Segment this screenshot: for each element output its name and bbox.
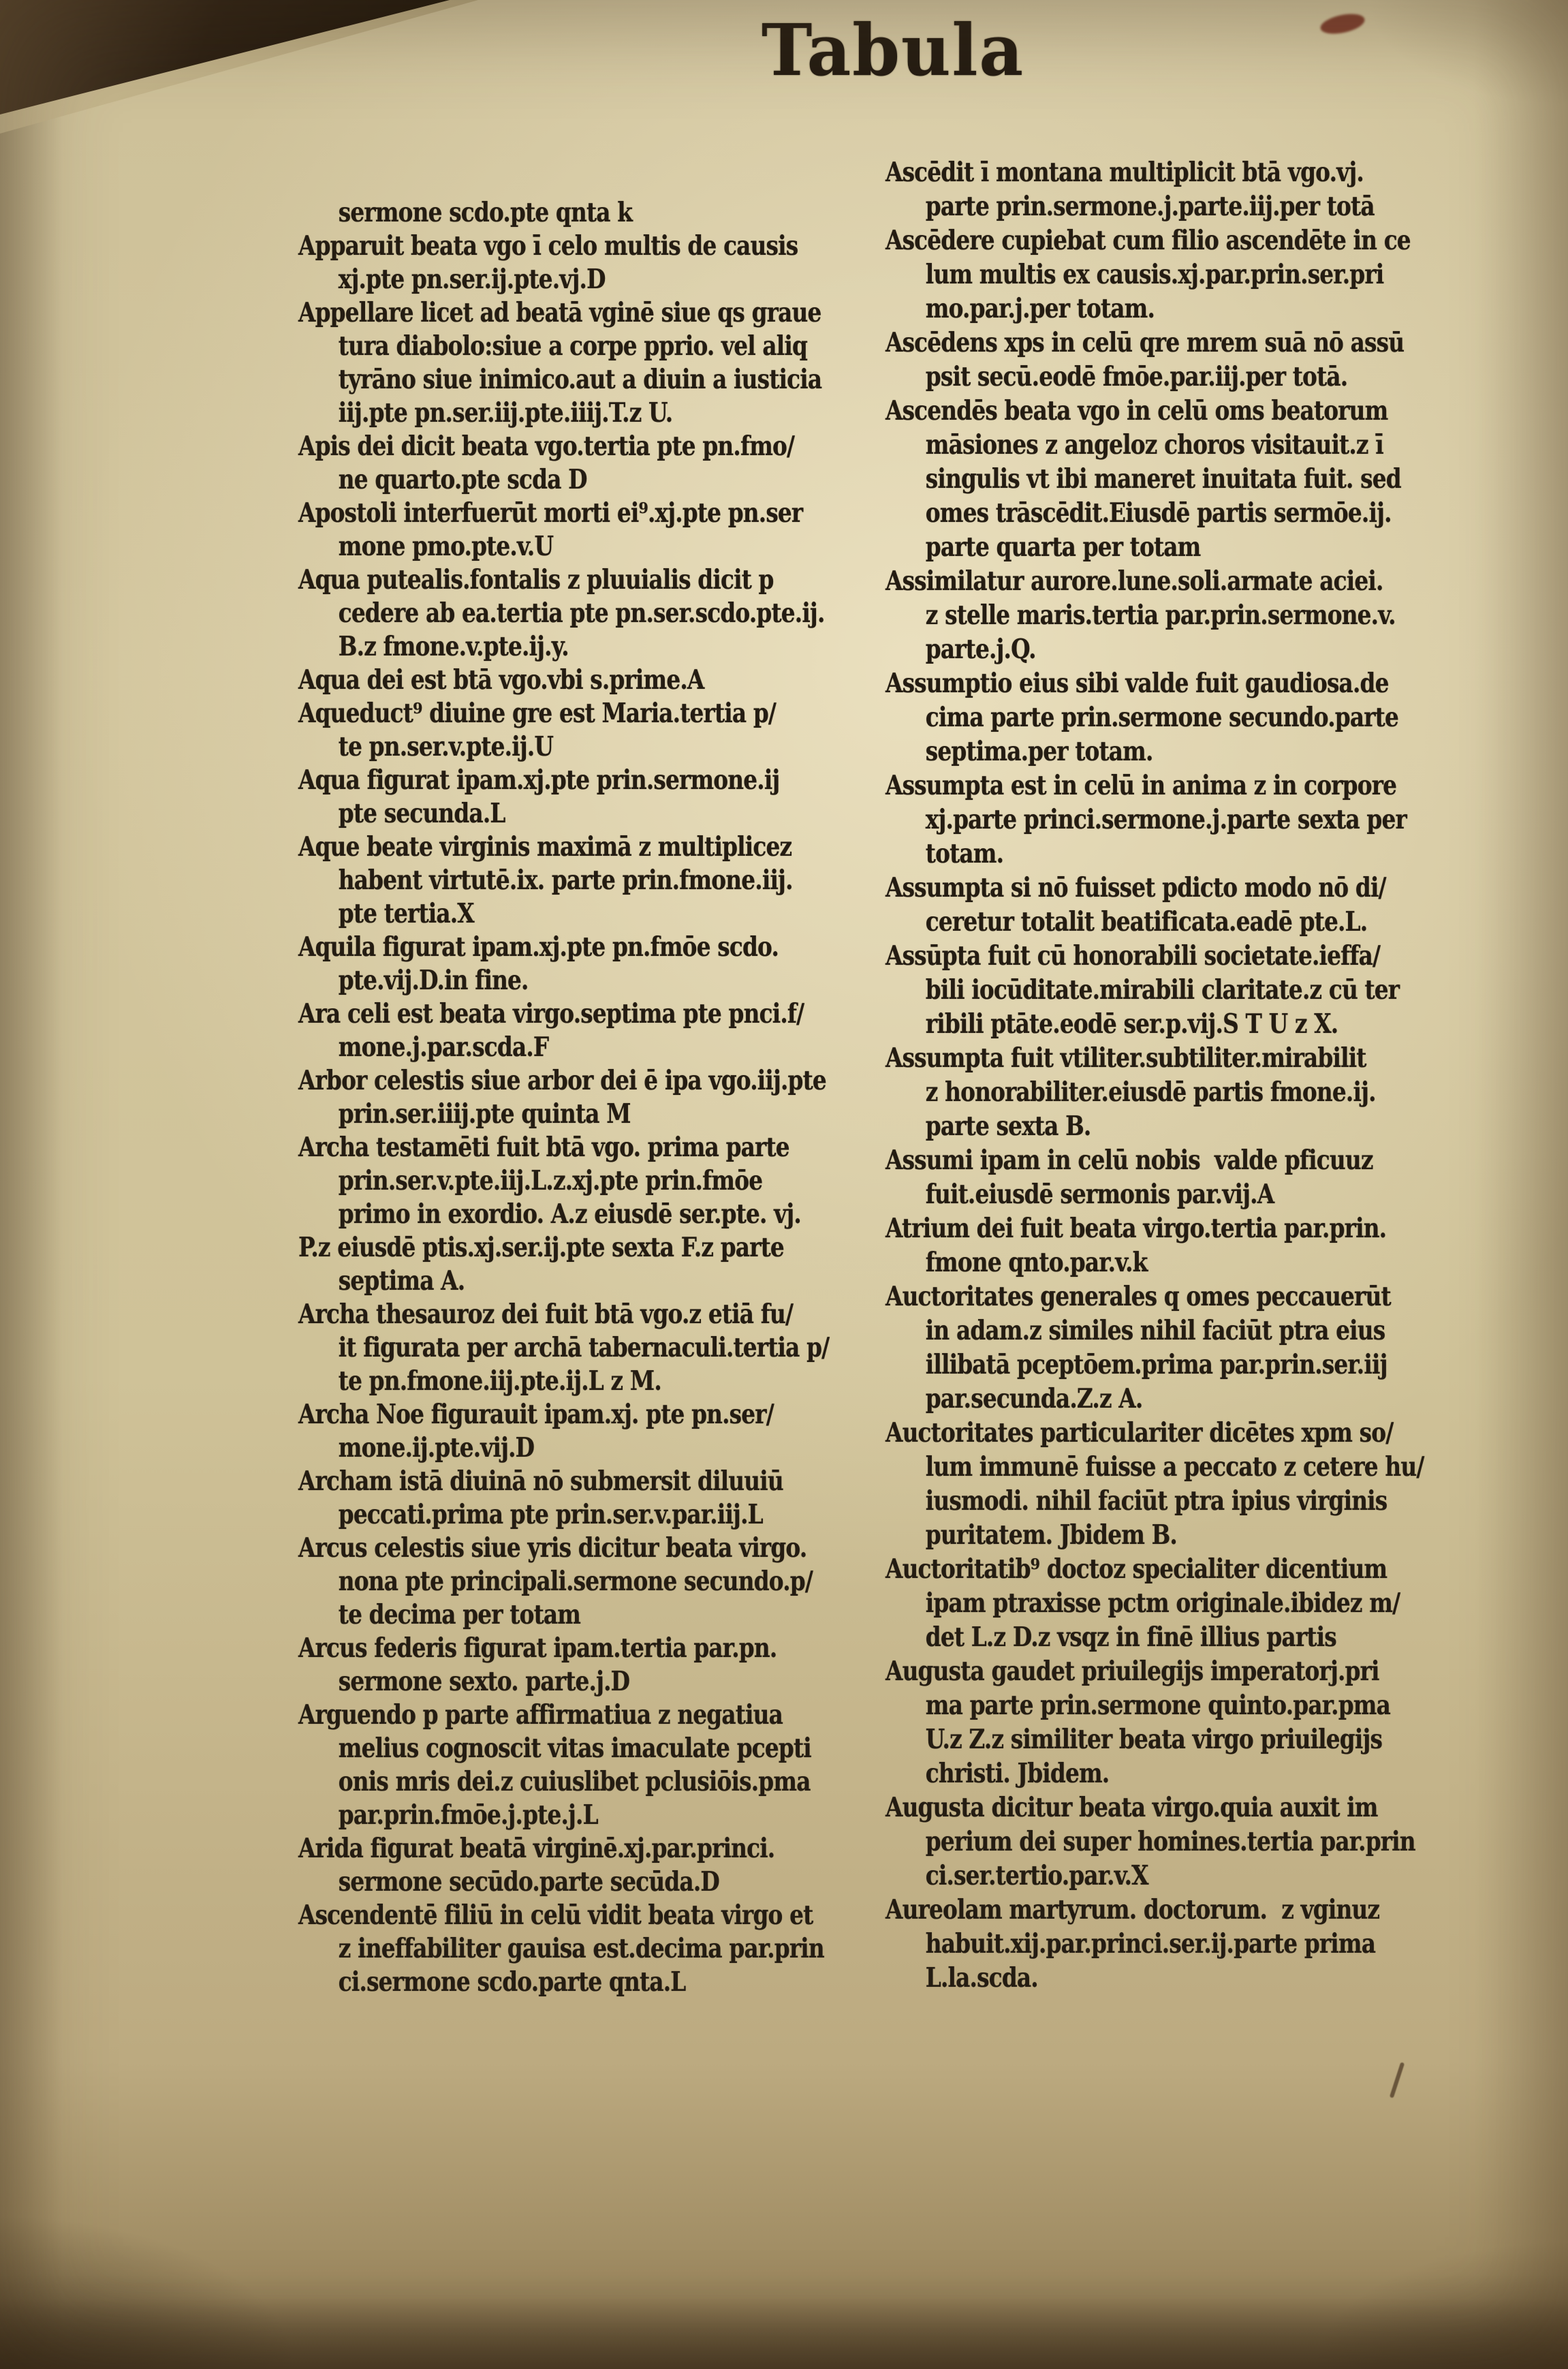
index-line: Ascendentē filiū in celū vidit beata vir… — [298, 1899, 739, 1932]
index-line: Apostoli interfuerūt morti ei⁹.xj.pte pn… — [298, 497, 739, 530]
index-line: Aque beate virginis maximā z multiplicez — [298, 831, 739, 864]
index-line: Aqua putealis.fontalis z pluuialis dicit… — [298, 563, 739, 597]
index-line: lum immunē fuisse a peccato z cetere hu/ — [885, 1450, 1372, 1484]
index-line: bili iocūditate.mirabili claritate.z cū … — [885, 973, 1372, 1007]
index-line: Apparuit beata vgo ī celo multis de caus… — [298, 230, 739, 263]
index-line: Ascendēs beata vgo in celū oms beatorum — [885, 394, 1372, 428]
index-line: it figurata per archā tabernaculi.tertia… — [298, 1331, 739, 1365]
index-line: fmone qnto.par.v.k — [885, 1245, 1372, 1280]
index-line: Aqua dei est btā vgo.vbi s.prime.A — [298, 664, 739, 697]
index-line: Assumptio eius sibi valde fuit gaudiosa.… — [885, 666, 1372, 700]
index-line: te pn.ser.v.pte.ij.U — [298, 730, 739, 764]
index-line: Ascēdit ī montana multiplicit btā vgo.vj… — [885, 155, 1372, 189]
page-title: Tabula — [762, 8, 1024, 92]
index-line: Aqua figurat ipam.xj.pte prin.sermone.ij — [298, 764, 739, 797]
index-line: Arida figurat beatā virginē.xj.par.princ… — [298, 1832, 739, 1865]
index-line: Assumpta est in celū in anima z in corpo… — [885, 769, 1372, 803]
index-line: Ascēdere cupiebat cum filio ascendēte in… — [885, 223, 1372, 258]
index-line: parte sexta B. — [885, 1109, 1372, 1143]
index-line: ci.sermone scdo.parte qnta.L — [298, 1966, 739, 1999]
index-line: peccati.prima pte prin.ser.v.par.iij.L — [298, 1498, 739, 1532]
book-page-photo: Tabula sermone scdo.pte qnta kApparuit b… — [0, 0, 1568, 2369]
index-line: pte tertia.X — [298, 897, 739, 931]
index-line: pte.vij.D.in fine. — [298, 964, 739, 997]
index-line: z honorabiliter.eiusdē partis fmone.ij. — [885, 1075, 1372, 1109]
index-line: ribili ptāte.eodē ser.p.vij.S T U z X. — [885, 1007, 1372, 1041]
index-column-left: sermone scdo.pte qnta kApparuit beata vg… — [298, 196, 823, 1999]
index-line: parte.j.Q. — [885, 632, 1372, 666]
book-edge-shadow — [0, 0, 450, 114]
index-line: Aquila figurat ipam.xj.pte pn.fmōe scdo. — [298, 931, 739, 964]
index-line: parte prin.sermone.j.parte.iij.per totā — [885, 189, 1372, 223]
index-line: cima parte prin.sermone secundo.parte — [885, 700, 1372, 734]
index-line: prin.ser.v.pte.iij.L.z.xj.pte prin.fmōe — [298, 1164, 739, 1198]
index-column-right: Ascēdit ī montana multiplicit btā vgo.vj… — [885, 155, 1464, 1995]
index-line: Arcus celestis siue yris dicitur beata v… — [298, 1532, 739, 1565]
index-line: ma parte prin.sermone quinto.par.pma — [885, 1688, 1372, 1722]
index-line: z ineffabiliter gauisa est.decima par.pr… — [298, 1932, 739, 1966]
index-line: Atrium dei fuit beata virgo.tertia par.p… — [885, 1211, 1372, 1245]
index-line: puritatem. Jbidem B. — [885, 1518, 1372, 1552]
index-line: melius cognoscit vitas imaculate pcepti — [298, 1732, 739, 1765]
index-line: illibatā pceptōem.prima par.prin.ser.iij — [885, 1348, 1372, 1382]
index-line: perium dei super homines.tertia par.prin — [885, 1825, 1372, 1859]
index-line: habent virtutē.ix. parte prin.fmone.iij. — [298, 864, 739, 897]
index-line: par.prin.fmōe.j.pte.j.L — [298, 1799, 739, 1832]
index-line: totam. — [885, 837, 1372, 871]
index-line: prin.ser.iiij.pte quinta M — [298, 1098, 739, 1131]
index-line: det L.z D.z vsqz in finē illius partis — [885, 1620, 1372, 1654]
index-line: L.la.scda. — [885, 1961, 1372, 1995]
index-line: tyrāno siue inimico.aut a diuin a iustic… — [298, 363, 739, 397]
index-line: christi. Jbidem. — [885, 1756, 1372, 1791]
index-line: onis mris dei.z cuiuslibet pclusiōis.pma — [298, 1765, 739, 1799]
index-line: P.z eiusdē ptis.xj.ser.ij.pte sexta F.z … — [298, 1231, 739, 1265]
index-line: mone.ij.pte.vij.D — [298, 1431, 739, 1465]
index-line: singulis vt ibi maneret inuitata fuit. s… — [885, 462, 1372, 496]
index-line: sermone secūdo.parte secūda.D — [298, 1865, 739, 1899]
index-line: ipam ptraxisse pctm originale.ibidez m/ — [885, 1586, 1372, 1620]
index-line: xj.pte pn.ser.ij.pte.vj.D — [298, 263, 739, 296]
index-line: ceretur totalit beatificata.eadē pte.L. — [885, 905, 1372, 939]
index-line: ne quarto.pte scda D — [298, 463, 739, 497]
index-line: septima.per totam. — [885, 734, 1372, 769]
index-line: sermone sexto. parte.j.D — [298, 1665, 739, 1699]
index-line: Auctoritatib⁹ doctoz specialiter dicenti… — [885, 1552, 1372, 1586]
index-line: Arbor celestis siue arbor dei ē ipa vgo.… — [298, 1064, 739, 1098]
index-line: primo in exordio. A.z eiusdē ser.pte. vj… — [298, 1198, 739, 1231]
index-line: Arguendo p parte affirmatiua z negatiua — [298, 1699, 739, 1732]
index-line: Archam istā diuinā nō submersit diluuiū — [298, 1465, 739, 1498]
index-line: māsiones z angeloz choros visitauit.z ī — [885, 428, 1372, 462]
index-line: Arcus federis figurat ipam.tertia par.pn… — [298, 1632, 739, 1665]
index-line: ci.ser.tertio.par.v.X — [885, 1859, 1372, 1893]
pen-stroke-mark — [1390, 2062, 1405, 2098]
index-line: mo.par.j.per totam. — [885, 292, 1372, 326]
index-line: tura diabolo:siue a corpe pprio. vel ali… — [298, 330, 739, 363]
index-line: Archa testamēti fuit btā vgo. prima part… — [298, 1131, 739, 1164]
index-line: Auctoritates generales q omes peccauerūt — [885, 1280, 1372, 1314]
index-line: Apis dei dicit beata vgo.tertia pte pn.f… — [298, 430, 739, 463]
red-ink-stain — [1319, 10, 1366, 37]
index-line: Ascēdens xps in celū qre mrem suā nō ass… — [885, 326, 1372, 360]
index-line: omes trāscēdit.Eiusdē partis sermōe.ij. — [885, 496, 1372, 530]
index-line: septima A. — [298, 1265, 739, 1298]
index-line: Auctoritates particulariter dicētes xpm … — [885, 1416, 1372, 1450]
index-line: Assumpta si nō fuisset pdicto modo nō di… — [885, 871, 1372, 905]
index-line: in adam.z similes nihil faciūt ptra eius — [885, 1314, 1372, 1348]
index-line: Augusta dicitur beata virgo.quia auxit i… — [885, 1791, 1372, 1825]
index-line: Aureolam martyrum. doctorum. z vginuz — [885, 1893, 1372, 1927]
index-line: Archa Noe figurauit ipam.xj. pte pn.ser/ — [298, 1398, 739, 1431]
index-line: Ara celi est beata virgo.septima pte pnc… — [298, 997, 739, 1031]
index-line: te pn.fmone.iij.pte.ij.L z M. — [298, 1365, 739, 1398]
index-line: Assumi ipam in celū nobis valde pficuuz — [885, 1143, 1372, 1177]
index-line: parte quarta per totam — [885, 530, 1372, 564]
index-line: psit secū.eodē fmōe.par.iij.per totā. — [885, 360, 1372, 394]
index-line: lum multis ex causis.xj.par.prin.ser.pri — [885, 258, 1372, 292]
index-line: mone pmo.pte.v.U — [298, 530, 739, 563]
index-line: mone.j.par.scda.F — [298, 1031, 739, 1064]
index-line: te decima per totam — [298, 1598, 739, 1632]
index-line: iusmodi. nihil faciūt ptra ipius virgini… — [885, 1484, 1372, 1518]
index-line: par.secunda.Z.z A. — [885, 1382, 1372, 1416]
index-line: fuit.eiusdē sermonis par.vij.A — [885, 1177, 1372, 1211]
index-line: Assūpta fuit cū honorabili societate.ief… — [885, 939, 1372, 973]
index-line: Augusta gaudet priuilegijs imperatorj.pr… — [885, 1654, 1372, 1688]
index-line: cedere ab ea.tertia pte pn.ser.scdo.pte.… — [298, 597, 739, 630]
index-line: B.z fmone.v.pte.ij.y. — [298, 630, 739, 664]
index-line: U.z Z.z similiter beata virgo priuilegij… — [885, 1722, 1372, 1756]
index-line: Assimilatur aurore.lune.soli.armate acie… — [885, 564, 1372, 598]
index-line: Assumpta fuit vtiliter.subtiliter.mirabi… — [885, 1041, 1372, 1075]
index-line: z stelle maris.tertia par.prin.sermone.v… — [885, 598, 1372, 632]
index-line: pte secunda.L — [298, 797, 739, 831]
index-line: nona pte principali.sermone secundo.p/ — [298, 1565, 739, 1598]
index-line: xj.parte princi.sermone.j.parte sexta pe… — [885, 803, 1372, 837]
index-line: sermone scdo.pte qnta k — [298, 196, 739, 230]
index-line: habuit.xij.par.princi.ser.ij.parte prima — [885, 1927, 1372, 1961]
index-line: Appellare licet ad beatā vginē siue qs g… — [298, 296, 739, 330]
index-line: Aqueduct⁹ diuine gre est Maria.tertia p/ — [298, 697, 739, 730]
index-line: iij.pte pn.ser.iij.pte.iiij.T.z U. — [298, 397, 739, 430]
index-line: Archa thesauroz dei fuit btā vgo.z etiā … — [298, 1298, 739, 1331]
